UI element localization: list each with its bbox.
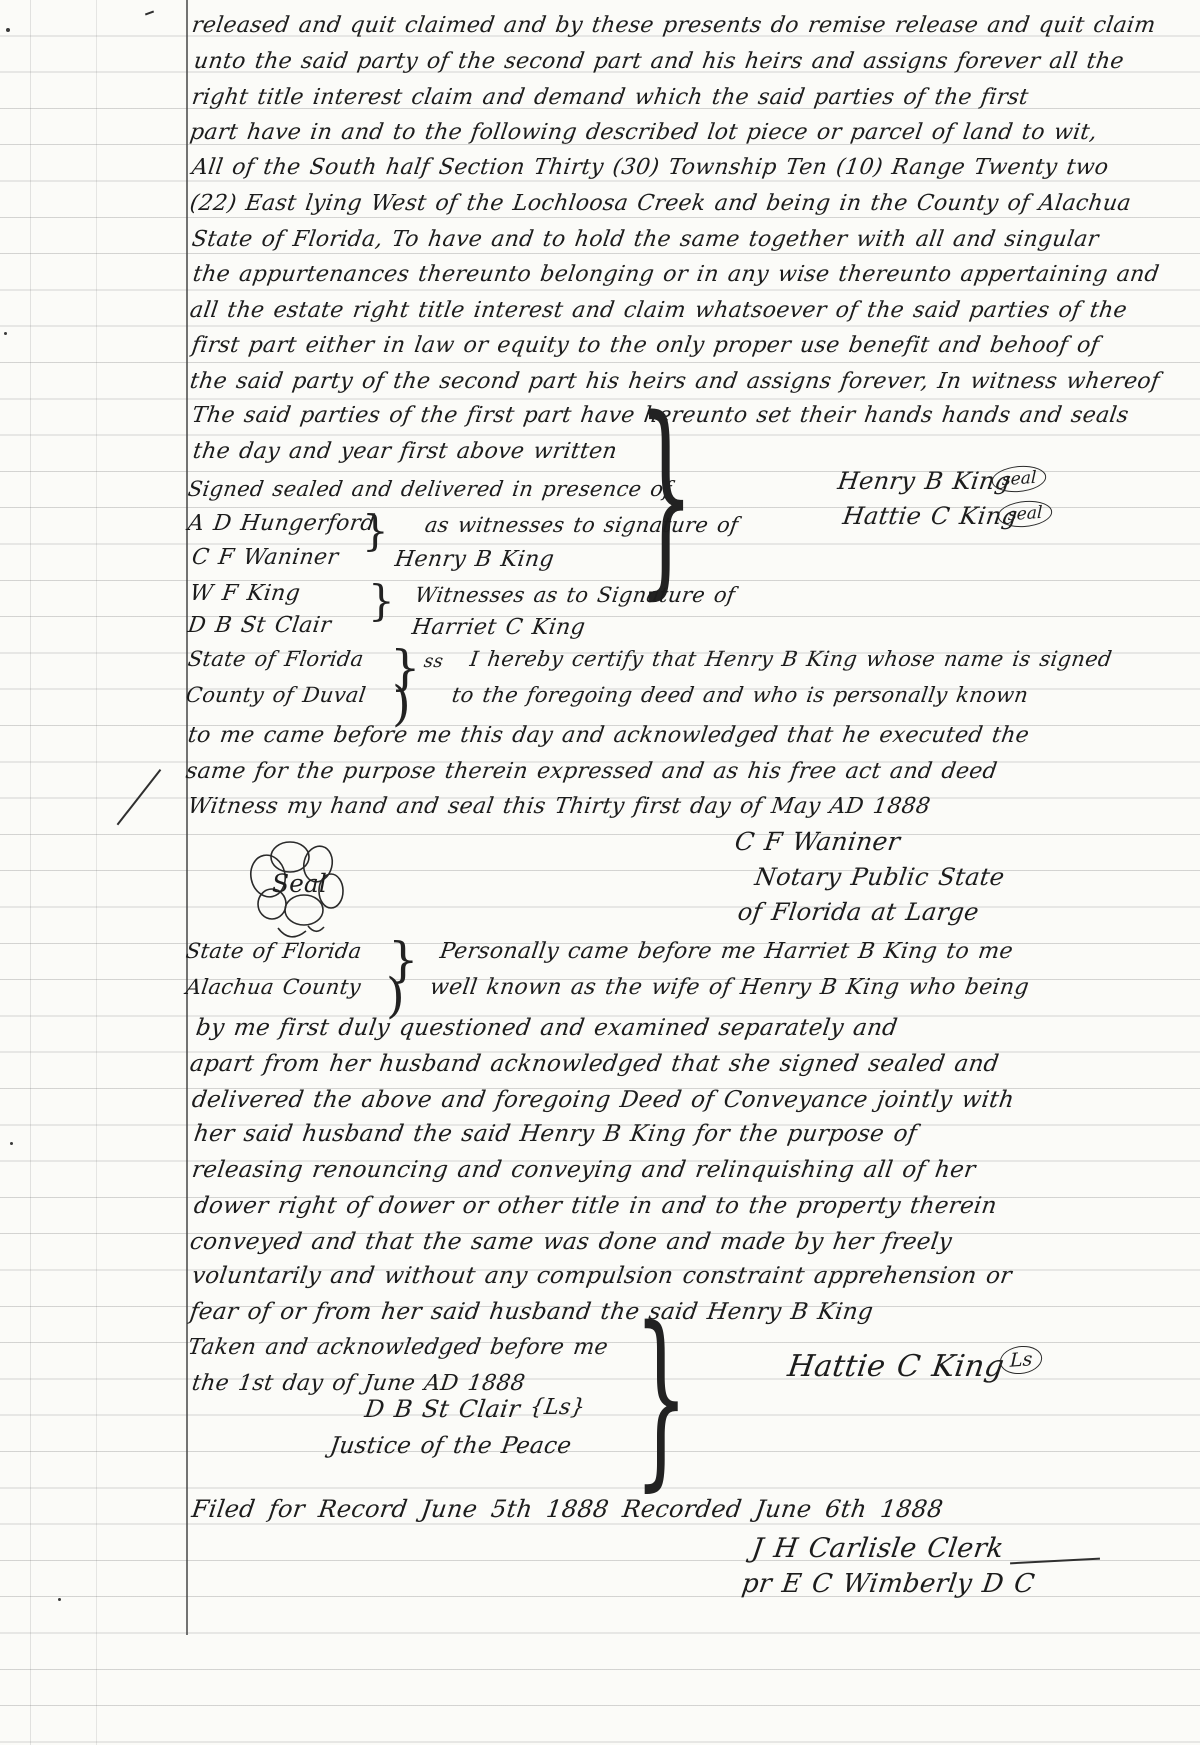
- notary2-line: releasing renouncing and conveying and r…: [190, 1158, 977, 1183]
- deed-line: first part either in law or equity to th…: [190, 334, 1100, 358]
- signature-hattie-c-king: Hattie C King: [841, 503, 1019, 529]
- deed-line: all the estate right title interest and …: [188, 299, 1128, 323]
- left-column-rule: [30, 0, 31, 1745]
- deed-line: right title interest claim and demand wh…: [190, 86, 1030, 110]
- taken-brace: }: [634, 1318, 688, 1478]
- scan-speck: [58, 1598, 61, 1601]
- taken-line: Taken and acknowledged before me: [186, 1336, 609, 1360]
- notary2-line: her said husband the said Henry B King f…: [192, 1122, 918, 1147]
- stray-pen-slash: [117, 769, 161, 825]
- notary1-ss: ss: [423, 652, 445, 672]
- witness-note: Witnesses as to Signature of: [413, 584, 736, 607]
- notary1-county: County of Duval: [184, 684, 367, 707]
- witness-note: Henry B King: [393, 548, 555, 572]
- notary1-line: to the foregoing deed and who is persona…: [450, 684, 1029, 707]
- witness-brace-large: }: [638, 408, 694, 583]
- notary1-line: same for the purpose therein expressed a…: [184, 760, 998, 784]
- officer-title: Justice of the Peace: [328, 1434, 573, 1459]
- clerk-flourish: [1010, 1558, 1100, 1564]
- filing-record-line: Filed for Record June 5th 1888 Recorded …: [190, 1496, 945, 1522]
- notary1-signature: C F Waniner: [733, 828, 902, 856]
- notary2-line: voluntarily and without any compulsion c…: [190, 1264, 1013, 1289]
- officer-signature: D B St Clair: [363, 1396, 522, 1422]
- notary1-state: State of Florida: [186, 648, 365, 671]
- clerk-signature: J H Carlisle Clerk: [750, 1534, 1006, 1564]
- notary-seal-doodle: Seal: [238, 836, 362, 944]
- seal-label: Seal: [272, 869, 327, 898]
- notary2-line: Personally came before me Harriet B King…: [438, 940, 1014, 964]
- witness-note: as witnesses to signature of: [423, 514, 739, 537]
- notary2-line: fear of or from her said husband the sai…: [188, 1300, 875, 1325]
- scan-mark: [145, 11, 154, 16]
- scan-speck: [6, 28, 10, 32]
- ls-seal-officer: {Ls}: [528, 1396, 586, 1420]
- deed-line: the appurtenances thereunto belonging or…: [191, 263, 1160, 287]
- notary2-line: by me first duly questioned and examined…: [194, 1016, 899, 1041]
- notary2-line: apart from her husband acknowledged that…: [188, 1052, 1000, 1077]
- deed-line: part have in and to the following descri…: [188, 121, 1098, 145]
- notary2-county: Alachua County: [184, 976, 362, 999]
- witness-name: W F King: [188, 582, 301, 606]
- notary1-line: I hereby certify that Henry B King whose…: [468, 648, 1113, 671]
- deed-line: the day and year first above written: [191, 440, 618, 464]
- taken-line: the 1st day of June AD 1888: [190, 1372, 526, 1396]
- signature-henry-b-king: Henry B King: [836, 468, 1012, 494]
- notary1-title: Notary Public State: [753, 864, 1006, 890]
- notary1-line: to me came before me this day and acknow…: [186, 724, 1030, 748]
- deed-line: State of Florida, To have and to hold th…: [190, 228, 1100, 252]
- deed-line: (22) East lying West of the Lochloosa Cr…: [188, 192, 1132, 216]
- scan-speck: [10, 1142, 13, 1145]
- scan-speck: [4, 332, 7, 335]
- presence-line: Signed sealed and delivered in presence …: [186, 478, 673, 501]
- witness-name: A D Hungerford: [186, 512, 376, 536]
- deed-line: released and quit claimed and by these p…: [190, 14, 1157, 38]
- scanned-deed-page: released and quit claimed and by these p…: [0, 0, 1200, 1745]
- notary2-line: conveyed and that the same was done and …: [188, 1230, 953, 1255]
- deed-line: unto the said party of the second part a…: [192, 50, 1125, 74]
- notary2-line: well known as the wife of Henry B King w…: [428, 976, 1030, 1000]
- witness-name: D B St Clair: [186, 614, 332, 638]
- witness-note: Harriet C King: [410, 616, 586, 640]
- notary2-line: dower right of dower or other title in a…: [192, 1194, 998, 1219]
- witness-brace-small: }: [368, 576, 395, 625]
- witness-brace-small: }: [362, 506, 389, 555]
- witness-name: C F Waniner: [190, 546, 340, 570]
- notary1-title: of Florida at Large: [736, 899, 980, 925]
- left-column-rule-2: [96, 0, 97, 1745]
- notary2-line: delivered the above and foregoing Deed o…: [190, 1088, 1016, 1113]
- notary2-state: State of Florida: [184, 940, 363, 963]
- deed-line: All of the South half Section Thirty (30…: [190, 156, 1110, 180]
- signature-hattie-final: Hattie C King: [786, 1350, 1007, 1383]
- deputy-clerk-signature: pr E C Wimberly D C: [740, 1570, 1036, 1599]
- notary1-line: Witness my hand and seal this Thirty fir…: [186, 795, 932, 819]
